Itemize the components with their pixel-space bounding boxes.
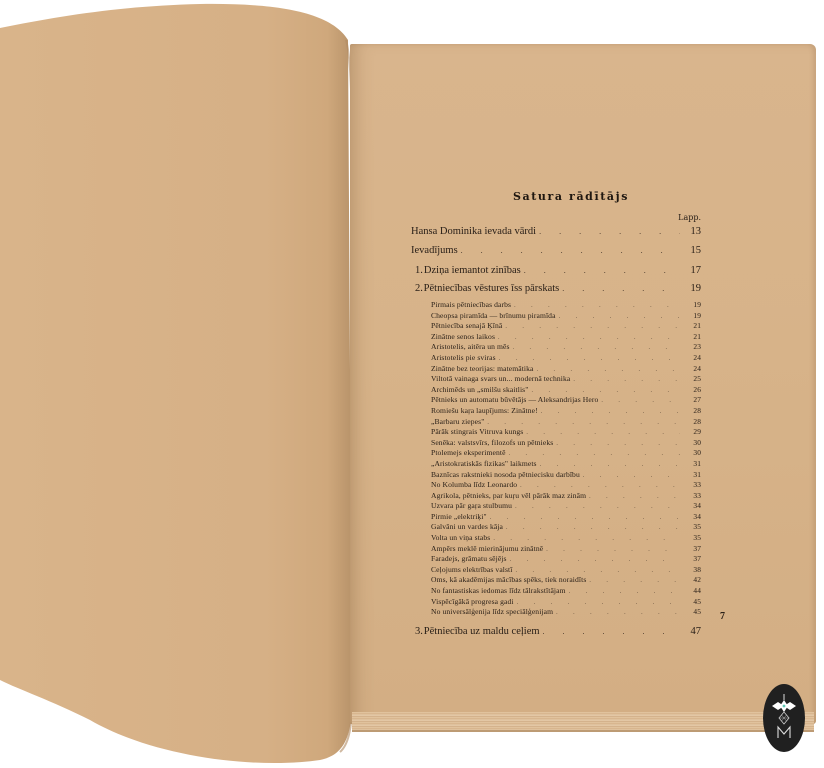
entry-title: Cheopsa piramīda — brīnumu piramīda	[431, 311, 556, 320]
entry-title: Volta un viņa stabs	[431, 533, 490, 542]
entry-title: Romiešu kaŗa laupījums: Zinātne!	[431, 406, 538, 415]
entry-page-number: 37	[683, 544, 701, 553]
toc-subentry: Ceļojums elektrības valstī38	[411, 565, 701, 576]
toc-entry: 1.Dziņa iemantot zinības17	[411, 265, 701, 279]
entry-page-number: 35	[683, 522, 701, 531]
section-number: 2.	[411, 283, 423, 294]
toc-subentry: Pētniecība senajā Ķīnā21	[411, 321, 701, 332]
entry-title: „Barbaru ziepes"	[431, 417, 484, 426]
entry-title: Aristotelis, aitēra un mēs	[431, 342, 510, 351]
entry-page-number: 19	[683, 311, 701, 320]
entry-page-number: 45	[683, 607, 701, 616]
dot-leader	[520, 483, 680, 489]
toc-subentry: Pirmie „elektriķi"34	[411, 512, 701, 523]
dot-leader	[540, 462, 680, 468]
entry-title: Uzvara pār gaŗa stulbumu	[431, 501, 512, 510]
entry-title: Viltotā vainaga svars un... modernā tech…	[431, 374, 570, 383]
entry-title: Vispēcīgākā progresa gadi	[431, 597, 514, 606]
entry-title: Aristotelis pie sviras	[431, 353, 496, 362]
entry-page-number: 13	[683, 226, 701, 237]
dot-leader	[569, 589, 680, 595]
entry-title: „Aristokratiskās fizikas" laikmets	[431, 459, 537, 468]
section-number: 3.	[411, 626, 423, 637]
entry-title: Dziņa iemantot zinības	[424, 265, 521, 276]
entry-title: Zinātne bez teorijas: matemātika	[431, 364, 534, 373]
entry-title: Ptolemejs eksperimentē	[431, 448, 506, 457]
toc-subentry: No universālģenija līdz speciālģenijam45	[411, 607, 701, 618]
dot-leader	[498, 335, 680, 341]
entry-title: Pētniecība uz maldu ceļiem	[424, 626, 540, 637]
entry-title: Oms, kā akadēmijas mācības spēks, tiek n…	[431, 575, 586, 584]
toc-subentry: Archimēds un „smilšu skaitlis"26	[411, 385, 701, 396]
diamond-flower-logo-icon	[763, 684, 805, 752]
dot-leader	[490, 515, 680, 521]
dot-leader	[562, 284, 680, 293]
page-edges	[352, 712, 814, 732]
watermark-logo	[763, 684, 805, 752]
entry-page-number: 26	[683, 385, 701, 394]
toc-subentry: No fantastiskas iedomas līdz tālrakstītā…	[411, 586, 701, 597]
entry-page-number: 19	[683, 283, 701, 294]
toc-subentry: Oms, kā akadēmijas mācības spēks, tiek n…	[411, 575, 701, 586]
page-column-header: Lapp.	[411, 213, 701, 222]
toc-subentry: Galvāni un vardes kāja35	[411, 522, 701, 533]
toc-entry: Ievadījums15	[411, 245, 701, 261]
toc-subentry: Ptolemejs eksperimentē30	[411, 448, 701, 459]
dot-leader	[505, 324, 680, 330]
entry-title: No Kolumba līdz Leonardo	[431, 480, 517, 489]
dot-leader	[543, 627, 680, 636]
entry-page-number: 33	[683, 491, 701, 500]
entry-title: Zinātne senos laikos	[431, 332, 495, 341]
toc-subentry: Agrikola, pētnieks, par kuŗu vēl pārāk m…	[411, 491, 701, 502]
dot-leader	[556, 610, 680, 616]
entry-page-number: 33	[683, 480, 701, 489]
dot-leader	[589, 494, 680, 500]
toc-subentry: Romiešu kaŗa laupījums: Zinātne!28	[411, 406, 701, 417]
toc-entry: Hansa Dominika ievada vārdi13	[411, 226, 701, 242]
entry-page-number: 17	[683, 265, 701, 276]
entry-title: Senēka: valstsvīrs, filozofs un pētnieks	[431, 438, 553, 447]
toc-subentry: Zinātne bez teorijas: matemātika24	[411, 364, 701, 375]
entry-title: Ampērs meklē mierinājumu zinātnē	[431, 544, 543, 553]
entry-title: Pētniecība senajā Ķīnā	[431, 321, 502, 330]
dot-leader	[515, 504, 680, 510]
entry-title: Pārāk stingrais Vitruva kungs	[431, 427, 523, 436]
entry-page-number: 21	[683, 321, 701, 330]
entry-page-number: 30	[683, 438, 701, 447]
section-number: 1.	[411, 265, 423, 276]
entry-page-number: 29	[683, 427, 701, 436]
toc-subentry: Aristotelis pie sviras24	[411, 353, 701, 364]
entry-page-number: 25	[683, 374, 701, 383]
dot-leader	[537, 367, 680, 373]
entry-page-number: 15	[683, 245, 701, 256]
page-number: 7	[720, 611, 725, 622]
dot-leader	[559, 314, 680, 320]
entry-title: Pirmais pētniecības darbs	[431, 300, 511, 309]
toc-subentry: Volta un viņa stabs35	[411, 533, 701, 544]
dot-leader	[493, 536, 680, 542]
dot-leader	[510, 557, 680, 563]
entry-title: Pētniecības vēstures īss pārskats	[424, 283, 560, 294]
toc-subentry: Pārāk stingrais Vitruva kungs29	[411, 427, 701, 438]
toc-subentry: Cheopsa piramīda — brīnumu piramīda19	[411, 311, 701, 322]
dot-leader	[539, 227, 680, 236]
dot-leader	[526, 430, 680, 436]
entry-title: Hansa Dominika ievada vārdi	[411, 226, 536, 237]
toc-subentry: Baznīcas rakstnieki nosoda pētniecisku d…	[411, 470, 701, 481]
dot-leader	[513, 345, 680, 351]
dot-leader	[487, 420, 680, 426]
entry-title: Faradejs, grāmatu sējējs	[431, 554, 507, 563]
entry-title: Ceļojums elektrības valstī	[431, 565, 512, 574]
entry-page-number: 34	[683, 512, 701, 521]
entry-page-number: 31	[683, 470, 701, 479]
entry-page-number: 31	[683, 459, 701, 468]
dot-leader	[499, 356, 680, 362]
dot-leader	[573, 377, 680, 383]
dot-leader	[546, 547, 680, 553]
entry-page-number: 47	[683, 626, 701, 637]
toc-subentry: No Kolumba līdz Leonardo33	[411, 480, 701, 491]
entry-title: Pētnieks un automatu būvētājs — Aleksand…	[431, 395, 598, 404]
entry-title: Archimēds un „smilšu skaitlis"	[431, 385, 528, 394]
entry-title: Baznīcas rakstnieki nosoda pētniecisku d…	[431, 470, 580, 479]
entry-page-number: 21	[683, 332, 701, 341]
dot-leader	[517, 600, 680, 606]
toc-subentry: Pirmais pētniecības darbs19	[411, 300, 701, 311]
toc-entry: 3.Pētniecība uz maldu ceļiem47	[411, 626, 701, 640]
entry-page-number: 27	[683, 395, 701, 404]
entry-title: Galvāni un vardes kāja	[431, 522, 503, 531]
toc-subentry: „Aristokratiskās fizikas" laikmets31	[411, 459, 701, 470]
entry-page-number: 23	[683, 342, 701, 351]
toc-subentry: Senēka: valstsvīrs, filozofs un pētnieks…	[411, 438, 701, 449]
dot-leader	[506, 525, 680, 531]
entry-title: Ievadījums	[411, 245, 458, 256]
toc-subentry: Aristotelis, aitēra un mēs23	[411, 342, 701, 353]
dot-leader	[461, 246, 680, 255]
toc-subentry: Pētnieks un automatu būvētājs — Aleksand…	[411, 395, 701, 406]
entry-page-number: 28	[683, 417, 701, 426]
toc-entry: 2.Pētniecības vēstures īss pārskats19	[411, 283, 701, 297]
table-of-contents: Satura rādītājs Lapp. Hansa Dominika iev…	[411, 190, 701, 640]
entry-page-number: 37	[683, 554, 701, 563]
entry-page-number: 45	[683, 597, 701, 606]
toc-subentry: Zinātne senos laikos21	[411, 332, 701, 343]
toc-subentry: Uzvara pār gaŗa stulbumu34	[411, 501, 701, 512]
dot-leader	[541, 409, 680, 415]
entry-page-number: 24	[683, 353, 701, 362]
dot-leader	[509, 451, 680, 457]
entry-page-number: 42	[683, 575, 701, 584]
entry-title: No universālģenija līdz speciālģenijam	[431, 607, 553, 616]
dot-leader	[531, 388, 680, 394]
toc-entries: Hansa Dominika ievada vārdi13Ievadījums1…	[411, 226, 701, 640]
dot-leader	[514, 303, 680, 309]
book-photo: Satura rādītājs Lapp. Hansa Dominika iev…	[0, 0, 824, 768]
dot-leader	[583, 473, 680, 479]
entry-page-number: 19	[683, 300, 701, 309]
entry-title: Agrikola, pētnieks, par kuŗu vēl pārāk m…	[431, 491, 586, 500]
dot-leader	[524, 266, 680, 275]
toc-subentry: Faradejs, grāmatu sējējs37	[411, 554, 701, 565]
entry-page-number: 28	[683, 406, 701, 415]
toc-subentry: Ampērs meklē mierinājumu zinātnē37	[411, 544, 701, 555]
toc-title: Satura rādītājs	[441, 190, 701, 203]
dot-leader	[601, 398, 680, 404]
toc-subentry: Viltotā vainaga svars un... modernā tech…	[411, 374, 701, 385]
toc-subentry: Vispēcīgākā progresa gadi45	[411, 597, 701, 608]
entry-page-number: 34	[683, 501, 701, 510]
entry-page-number: 38	[683, 565, 701, 574]
dot-leader	[556, 441, 680, 447]
dot-leader	[589, 578, 680, 584]
entry-page-number: 24	[683, 364, 701, 373]
entry-page-number: 44	[683, 586, 701, 595]
entry-page-number: 35	[683, 533, 701, 542]
toc-subentry: „Barbaru ziepes"28	[411, 417, 701, 428]
entry-title: Pirmie „elektriķi"	[431, 512, 487, 521]
dot-leader	[515, 568, 680, 574]
entry-page-number: 30	[683, 448, 701, 457]
entry-title: No fantastiskas iedomas līdz tālrakstītā…	[431, 586, 566, 595]
